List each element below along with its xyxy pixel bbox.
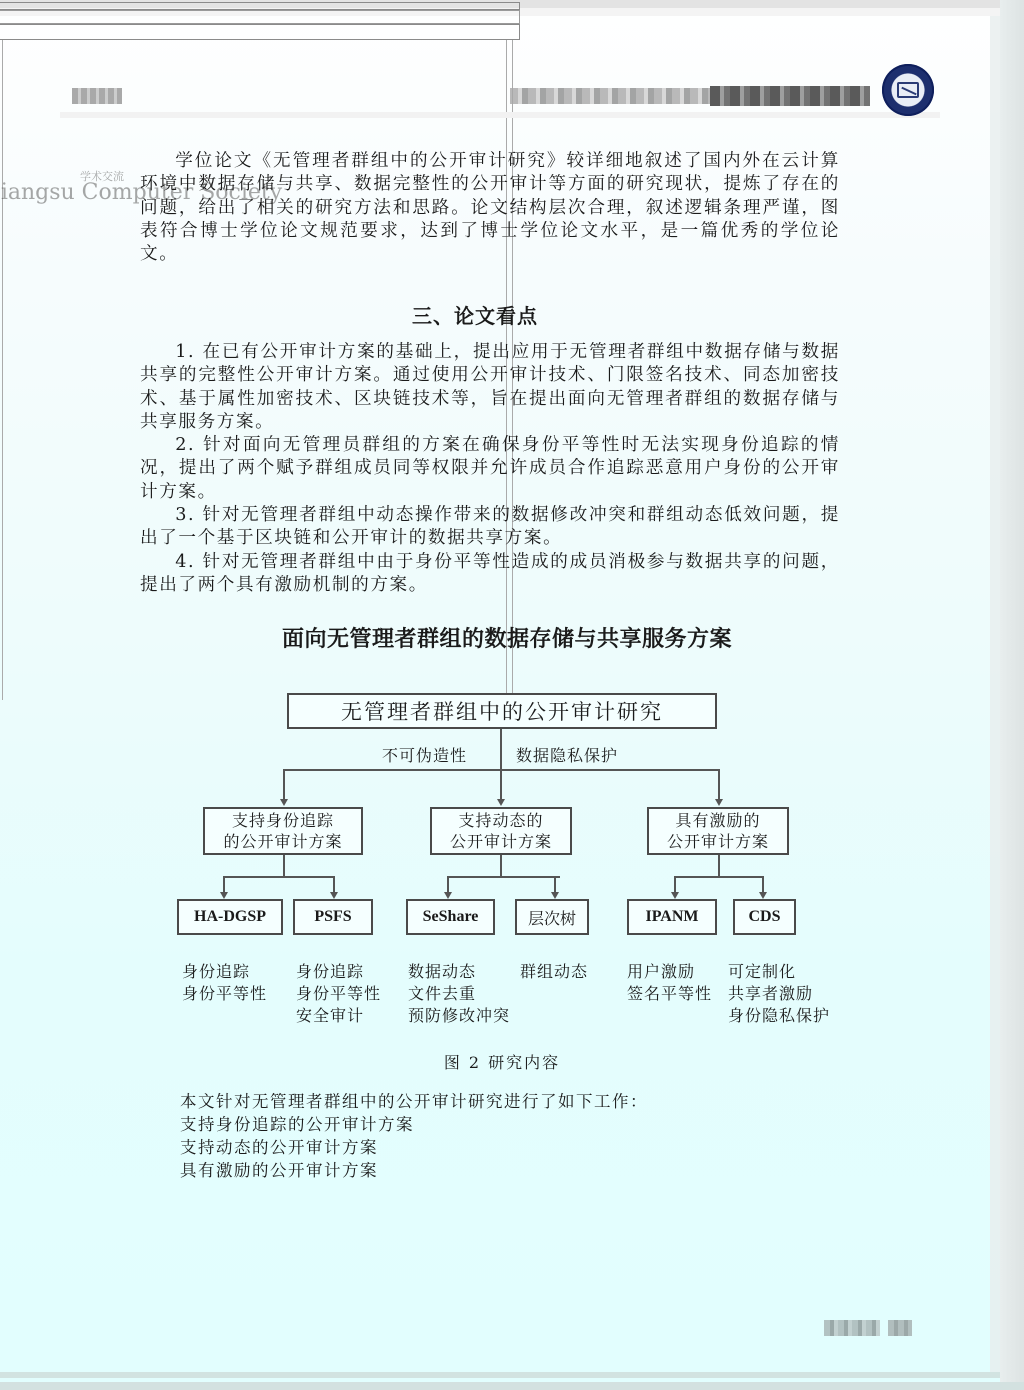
diagram-leaf-hierarchy-tree: 层次树	[515, 899, 589, 935]
feature-item: 签名平等性	[627, 983, 712, 1005]
connector-line	[333, 876, 335, 892]
diagram-leaf-cds: CDS	[733, 899, 796, 935]
diagram-leaf-ha-dgsp: HA-DGSP	[177, 899, 283, 935]
arrow-down-icon	[671, 892, 679, 899]
branch-label-line: 的公开审计方案	[223, 831, 342, 852]
diagram-leaf-ipanm: IPANM	[627, 899, 717, 935]
connector-line	[674, 876, 764, 878]
connector-line	[554, 876, 556, 892]
branch-label-line: 支持动态的	[450, 810, 552, 831]
arrow-down-icon	[220, 892, 228, 899]
summary-line: 支持身份追踪的公开审计方案	[180, 1113, 648, 1136]
arrow-down-icon	[497, 799, 505, 806]
diagram-leaf-psfs: PSFS	[293, 899, 373, 935]
diagram-branch-dynamic: 支持动态的公开审计方案	[430, 807, 572, 855]
edge-label-unforgeability: 不可伪造性	[382, 743, 467, 766]
edge-label-data-privacy: 数据隐私保护	[516, 743, 618, 766]
connector-line	[718, 855, 720, 877]
connector-line	[500, 769, 502, 799]
feature-item: 安全审计	[296, 1005, 381, 1027]
summary-line: 具有激励的公开审计方案	[180, 1159, 648, 1182]
connector-line	[674, 876, 676, 892]
features-ha-dgsp: 身份追踪 身份平等性	[182, 961, 267, 1005]
features-cds: 可定制化 共享者激励 身份隐私保护	[728, 961, 830, 1027]
feature-item: 数据动态	[408, 961, 510, 983]
diagram-branch-incentive: 具有激励的公开审计方案	[647, 807, 789, 855]
arrow-down-icon	[715, 799, 723, 806]
feature-item: 群组动态	[520, 961, 588, 983]
connector-line	[762, 876, 764, 892]
diagram-leaf-seshare: SeShare	[406, 899, 495, 935]
arrow-down-icon	[444, 892, 452, 899]
connector-line	[718, 769, 720, 799]
footer-section-label: 学术交流	[824, 1320, 880, 1336]
feature-item: 身份隐私保护	[728, 1005, 830, 1027]
connector-line	[223, 876, 335, 878]
summary-line: 支持动态的公开审计方案	[180, 1136, 648, 1159]
footer-page-number: 31	[888, 1320, 912, 1336]
features-seshare: 数据动态 文件去重 预防修改冲突	[408, 961, 510, 1027]
feature-item: 可定制化	[728, 961, 830, 983]
connector-line	[283, 769, 285, 799]
connector-line	[500, 855, 502, 877]
page-footer: 学术交流 31	[824, 1320, 912, 1336]
branch-label-line: 公开审计方案	[667, 831, 769, 852]
diagram-root-node: 无管理者群组中的公开审计研究	[287, 693, 717, 729]
summary-section: 本文针对无管理者群组中的公开审计研究进行了如下工作： 支持身份追踪的公开审计方案…	[180, 1090, 648, 1182]
connector-line	[500, 729, 502, 769]
arrow-down-icon	[280, 799, 288, 806]
connector-line	[223, 876, 225, 892]
arrow-down-icon	[551, 892, 559, 899]
feature-item: 身份平等性	[296, 983, 381, 1005]
summary-intro: 本文针对无管理者群组中的公开审计研究进行了如下工作：	[180, 1090, 648, 1113]
feature-item: 文件去重	[408, 983, 510, 1005]
features-hierarchy-tree: 群组动态	[520, 961, 588, 983]
arrow-down-icon	[759, 892, 767, 899]
branch-label-line: 支持身份追踪	[223, 810, 342, 831]
features-psfs: 身份追踪 身份平等性 安全审计	[296, 961, 381, 1027]
feature-item: 身份追踪	[296, 961, 381, 983]
feature-item: 用户激励	[627, 961, 712, 983]
connector-line	[283, 855, 285, 877]
arrow-down-icon	[330, 892, 338, 899]
connector-line	[447, 876, 556, 878]
feature-item: 身份追踪	[182, 961, 267, 983]
feature-item: 身份平等性	[182, 983, 267, 1005]
figure-caption: 图 2 研究内容	[0, 1050, 1024, 1073]
features-ipanm: 用户激励 签名平等性	[627, 961, 712, 1005]
feature-item: 预防修改冲突	[408, 1005, 510, 1027]
diagram-branch-identity-tracking: 支持身份追踪的公开审计方案	[203, 807, 363, 855]
branch-label-line: 具有激励的	[667, 810, 769, 831]
branch-label-line: 公开审计方案	[450, 831, 552, 852]
connector-line	[447, 876, 449, 892]
feature-item: 共享者激励	[728, 983, 830, 1005]
